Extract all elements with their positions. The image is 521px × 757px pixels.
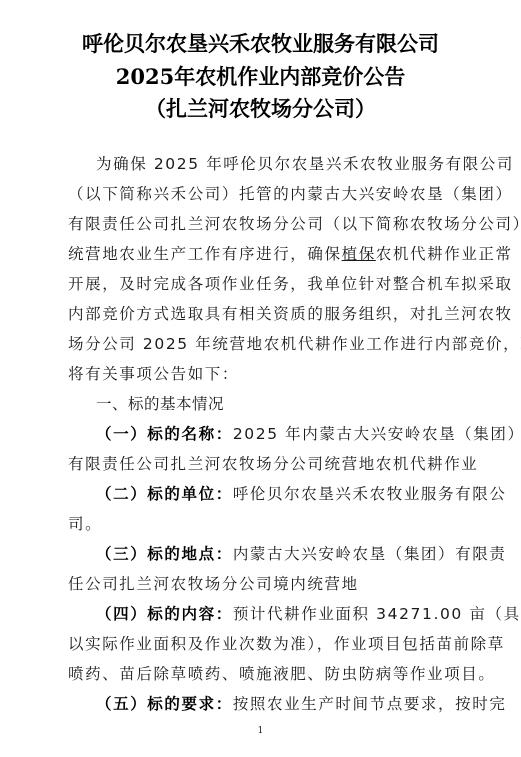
underlined-term: 植保 — [342, 245, 376, 263]
item-text: 2025 年内蒙古大兴安岭农垦（集团） — [233, 425, 521, 443]
item-label: （二）标的单位： — [96, 485, 233, 503]
item-text: 按照农业生产时间节点要求，按时完 — [233, 695, 507, 713]
intro-line: 开展，及时完成各项作业任务，我单位针对整合机车拟采取 — [68, 272, 513, 294]
intro-text: 农机代耕作业正常 — [376, 245, 513, 263]
item-label: （五）标的要求： — [96, 695, 233, 713]
item-text: 呼伦贝尔农垦兴禾农牧业服务有限公 — [233, 485, 507, 503]
item-text: 内蒙古大兴安岭农垦（集团）有限责 — [233, 545, 507, 563]
item-line: （二）标的单位：呼伦贝尔农垦兴禾农牧业服务有限公 — [96, 482, 506, 504]
item-line: 喷药、苗后除草喷药、喷施液肥、防虫防病等作业项目。 — [68, 662, 496, 684]
item-label: （一）标的名称： — [96, 425, 233, 443]
item-line: （三）标的地点：内蒙古大兴安岭农垦（集团）有限责 — [96, 542, 506, 564]
document-page: 呼伦贝尔农垦兴禾农牧业服务有限公司 2025年农机作业内部竞价公告 （扎兰河农牧… — [0, 0, 521, 757]
item-line: 以实际作业面积及作业次数为准），作业项目包括苗前除草 — [68, 632, 505, 654]
doc-title-line2: 2025年农机作业内部竞价公告 — [0, 61, 521, 91]
doc-title-line3: （扎兰河农牧场分公司） — [0, 93, 521, 123]
intro-line: 将有关事项公告如下： — [68, 362, 239, 384]
item-label: （三）标的地点： — [96, 545, 233, 563]
item-line: 司。 — [68, 512, 102, 534]
intro-line: 统营地农业生产工作有序进行，确保植保农机代耕作业正常 — [68, 242, 513, 264]
intro-line: （以下简称兴禾公司）托管的内蒙古大兴安岭农垦（集团） — [68, 182, 513, 204]
item-label: （四）标的内容： — [96, 605, 233, 623]
intro-line: 有限责任公司扎兰河农牧场分公司（以下简称农牧场分公司） — [68, 212, 521, 234]
section-heading: 一、标的基本情况 — [96, 392, 224, 414]
item-line: 有限责任公司扎兰河农牧场分公司统营地农机代耕作业 — [68, 452, 478, 474]
page-number: 1 — [0, 726, 521, 736]
item-line: （一）标的名称：2025 年内蒙古大兴安岭农垦（集团） — [96, 422, 521, 444]
doc-title-line1: 呼伦贝尔农垦兴禾农牧业服务有限公司 — [0, 28, 521, 58]
intro-line: 为确保 2025 年呼伦贝尔农垦兴禾农牧业服务有限公司 — [96, 152, 514, 174]
intro-text: 统营地农业生产工作有序进行，确保 — [68, 245, 342, 263]
intro-line: 场分公司 2025 年统营地农机代耕作业工作进行内部竞价，现 — [68, 332, 521, 354]
item-line: 任公司扎兰河农牧场分公司境内统营地 — [68, 572, 359, 594]
intro-line: 内部竞价方式选取具有相关资质的服务组织，对扎兰河农牧 — [68, 302, 513, 324]
item-text: 预计代耕作业面积 34271.00 亩（具体 — [233, 605, 521, 623]
item-line: （四）标的内容：预计代耕作业面积 34271.00 亩（具体 — [96, 602, 521, 624]
item-line: （五）标的要求：按照农业生产时间节点要求，按时完 — [96, 692, 506, 714]
